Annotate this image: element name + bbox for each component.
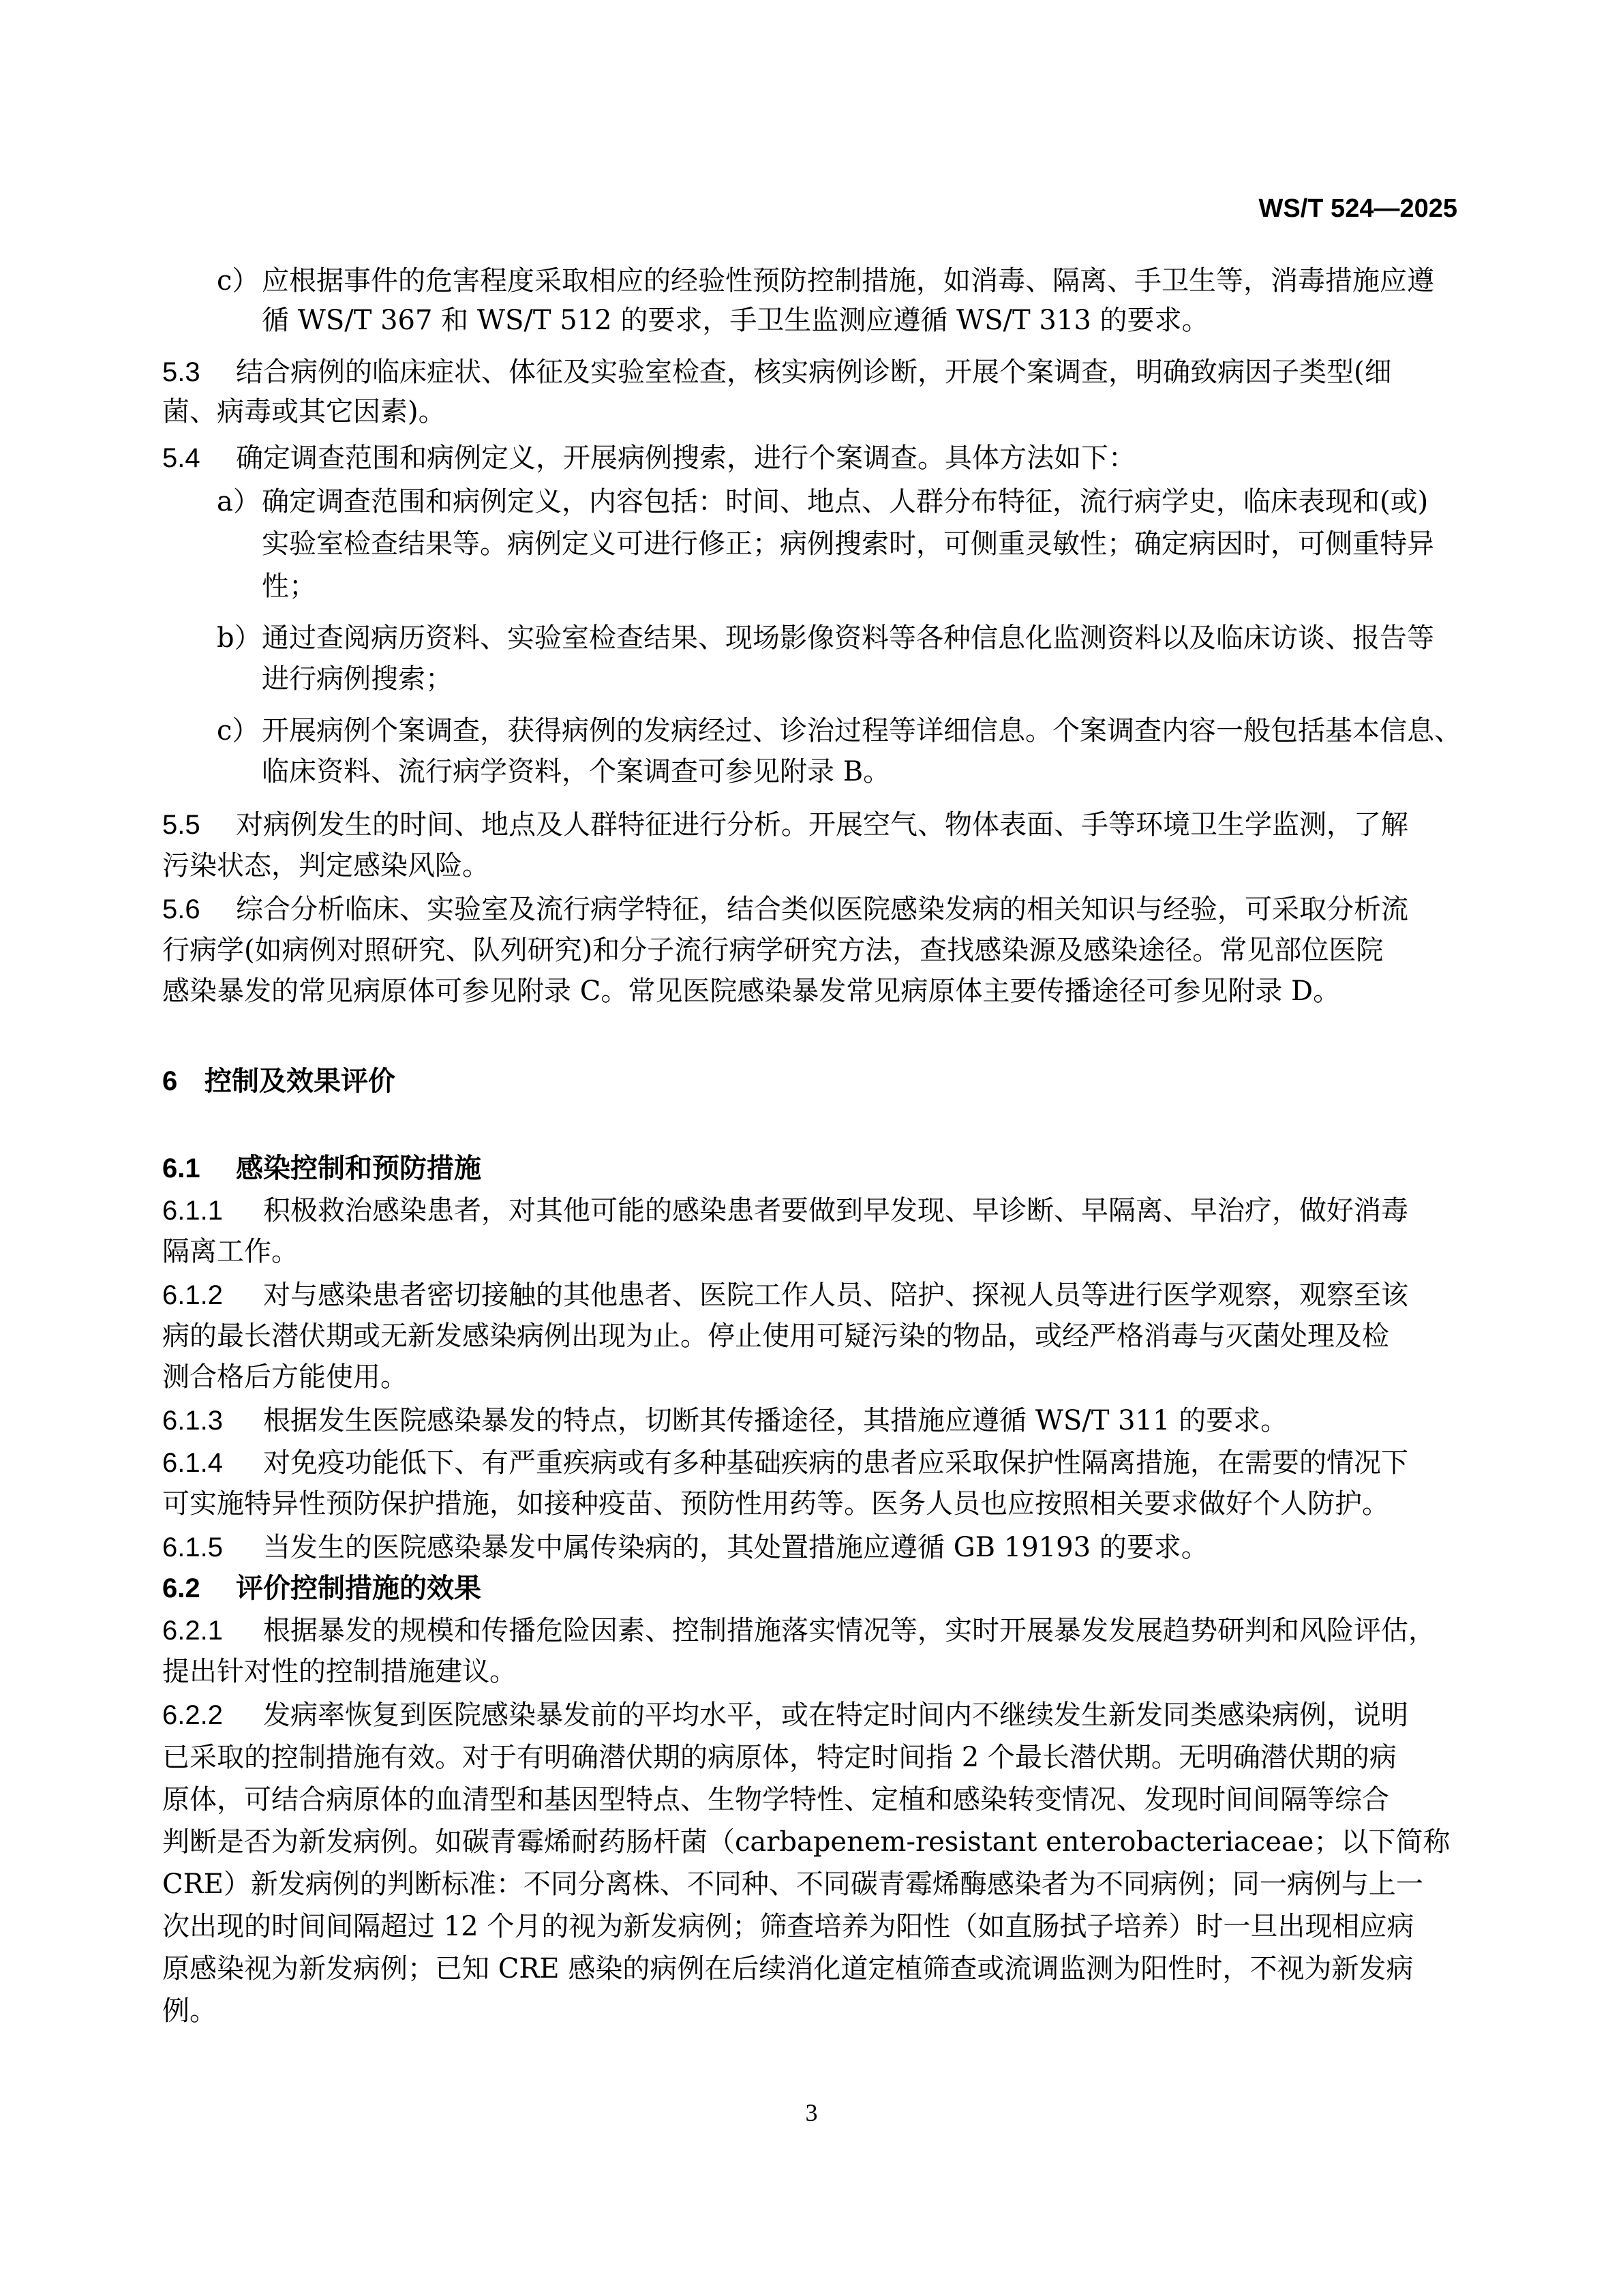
paragraph-line: 行病学(如病例对照研究、队列研究)和分子流行病学研究方法，查找感染源及感染途径。… [162, 934, 1383, 967]
clause-number: 5.5 [162, 809, 236, 841]
paragraph-line: 开展病例个案调查，获得病例的发病经过、诊治过程等详细信息。个案调查内容一般包括基… [262, 715, 1461, 746]
list-item-c: c）开展病例个案调查，获得病例的发病经过、诊治过程等详细信息。个案调查内容一般包… [217, 714, 1461, 747]
clause-6-1-3: 6.1.3根据发生医院感染暴发的特点，切断其传播途径，其措施应遵循 WS/T 3… [162, 1404, 1288, 1437]
paragraph-line: 通过查阅病历资料、实验室检查结果、现场影像资料等各种信息化监测资料以及临床访谈、… [262, 622, 1434, 654]
document-page: WS/T 524—2025 c）应根据事件的危害程度采取相应的经验性预防控制措施… [0, 0, 1623, 2296]
clause-6-1-4: 6.1.4对免疫功能低下、有严重疾病或有多种基础疾病的患者应采取保护性隔离措施，… [162, 1447, 1408, 1479]
list-marker: b） [217, 622, 262, 654]
paragraph-line: 菌、病毒或其它因素)。 [162, 395, 446, 428]
list-item-a: a）确定调查范围和病例定义，内容包括：时间、地点、人群分布特征，流行病学史，临床… [217, 485, 1428, 518]
clause-number: 5.6 [162, 893, 236, 926]
paragraph-line: 对免疫功能低下、有严重疾病或有多种基础疾病的患者应采取保护性隔离措施，在需要的情… [263, 1447, 1408, 1479]
paragraph-line: 综合分析临床、实验室及流行病学特征，结合类似医院感染发病的相关知识与经验，可采取… [236, 894, 1408, 925]
section-number: 6 [162, 1065, 204, 1098]
paragraph-line: 可实施特异性预防保护措施，如接种疫苗、预防性用药等。医务人员也应按照相关要求做好… [162, 1487, 1389, 1520]
paragraph-line: 测合格后方能使用。 [162, 1361, 408, 1393]
paragraph-line: 隔离工作。 [162, 1235, 299, 1268]
clause-number: 6.1.1 [162, 1194, 263, 1227]
clause-5-6: 5.6综合分析临床、实验室及流行病学特征，结合类似医院感染发病的相关知识与经验，… [162, 893, 1408, 926]
paragraph-line: 判断是否为新发病例。如碳青霉烯耐药肠杆菌（carbapenem-resistan… [162, 1826, 1450, 1858]
standard-code: WS/T 524—2025 [1259, 194, 1457, 224]
paragraph-line: CRE）新发病例的判断标准：不同分离株、不同种、不同碳青霉烯酶感染者为不同病例；… [162, 1868, 1423, 1901]
clause-number: 6.1.3 [162, 1404, 263, 1437]
paragraph-line: 对病例发生的时间、地点及人群特征进行分析。开展空气、物体表面、手等环境卫生学监测… [236, 809, 1408, 841]
paragraph-line: 应根据事件的危害程度采取相应的经验性预防控制措施，如消毒、隔离、手卫生等，消毒措… [262, 265, 1434, 297]
section-title: 感染控制和预防措施 [236, 1153, 481, 1184]
clause-number: 5.4 [162, 442, 236, 474]
list-marker: c） [217, 265, 262, 297]
paragraph-line: 实验室检查结果等。病例定义可进行修正；病例搜索时，可侧重灵敏性；确定病因时，可侧… [262, 528, 1434, 560]
paragraph-line: 原感染视为新发病例；已知 CRE 感染的病例在后续消化道定植筛查或流调监测为阳性… [162, 1952, 1413, 1985]
section-heading-6: 6控制及效果评价 [162, 1065, 395, 1098]
section-title: 控制及效果评价 [204, 1066, 395, 1097]
paragraph-line: 例。 [162, 1995, 217, 2027]
section-number: 6.2 [162, 1572, 236, 1605]
paragraph-line: 性； [262, 570, 316, 603]
paragraph-line: 已采取的控制措施有效。对于有明确潜伏期的病原体，特定时间指 2 个最长潜伏期。无… [162, 1741, 1397, 1774]
clause-6-1-2: 6.1.2对与感染患者密切接触的其他患者、医院工作人员、陪护、探视人员等进行医学… [162, 1279, 1408, 1312]
paragraph-line: 原体，可结合病原体的血清型和基因型特点、生物学特性、定植和感染转变情况、发现时间… [162, 1783, 1389, 1816]
paragraph-line: 提出针对性的控制措施建议。 [162, 1655, 517, 1688]
paragraph-line: 根据发生医院感染暴发的特点，切断其传播途径，其措施应遵循 WS/T 311 的要… [263, 1405, 1288, 1436]
list-marker: c） [217, 714, 262, 747]
list-item-b: b）通过查阅病历资料、实验室检查结果、现场影像资料等各种信息化监测资料以及临床访… [217, 622, 1434, 654]
page-number: 3 [0, 2098, 1623, 2127]
clause-5-4: 5.4确定调查范围和病例定义，开展病例搜索，进行个案调查。具体方法如下： [162, 442, 1136, 474]
clause-number: 5.3 [162, 356, 236, 389]
clause-number: 6.1.4 [162, 1447, 263, 1479]
paragraph-line: 结合病例的临床症状、体征及实验室检查，核实病例诊断，开展个案调查，明确致病因子类… [236, 357, 1392, 388]
paragraph-line: 当发生的医院感染暴发中属传染病的，其处置措施应遵循 GB 19193 的要求。 [263, 1532, 1209, 1563]
clause-6-1-5: 6.1.5当发生的医院感染暴发中属传染病的，其处置措施应遵循 GB 19193 … [162, 1531, 1209, 1564]
clause-number: 6.2.2 [162, 1699, 263, 1732]
clause-number: 6.2.1 [162, 1614, 263, 1647]
clause-6-1-1: 6.1.1积极救治感染患者，对其他可能的感染患者要做到早发现、早诊断、早隔离、早… [162, 1194, 1408, 1227]
paragraph-line: 确定调查范围和病例定义，内容包括：时间、地点、人群分布特征，流行病学史，临床表现… [262, 486, 1428, 517]
paragraph-line: 对与感染患者密切接触的其他患者、医院工作人员、陪护、探视人员等进行医学观察，观察… [263, 1280, 1408, 1311]
paragraph-line: 进行病例搜索； [262, 663, 453, 695]
clause-6-2-1: 6.2.1根据暴发的规模和传播危险因素、控制措施落实情况等，实时开展暴发发展趋势… [162, 1614, 1436, 1647]
paragraph-line: 临床资料、流行病学资料，个案调查可参见附录 B。 [262, 755, 890, 788]
paragraph-line: 发病率恢复到医院感染暴发前的平均水平，或在特定时间内不继续发生新发同类感染病例，… [263, 1700, 1408, 1731]
paragraph-line: 循 WS/T 367 和 WS/T 512 的要求，手卫生监测应遵循 WS/T … [262, 304, 1209, 337]
paragraph-line: 根据暴发的规模和传播危险因素、控制措施落实情况等，实时开展暴发发展趋势研判和风险… [263, 1615, 1436, 1646]
clause-5-5: 5.5对病例发生的时间、地点及人群特征进行分析。开展空气、物体表面、手等环境卫生… [162, 809, 1408, 841]
list-item-c: c）应根据事件的危害程度采取相应的经验性预防控制措施，如消毒、隔离、手卫生等，消… [217, 265, 1434, 297]
paragraph-line: 次出现的时间间隔超过 12 个月的视为新发病例；筛查培养为阳性（如直肠拭子培养）… [162, 1910, 1414, 1943]
paragraph-line: 确定调查范围和病例定义，开展病例搜索，进行个案调查。具体方法如下： [236, 442, 1136, 474]
clause-5-3: 5.3结合病例的临床症状、体征及实验室检查，核实病例诊断，开展个案调查，明确致病… [162, 356, 1392, 389]
clause-number: 6.1.2 [162, 1279, 263, 1312]
clause-6-2-2: 6.2.2发病率恢复到医院感染暴发前的平均水平，或在特定时间内不继续发生新发同类… [162, 1699, 1408, 1732]
section-heading-6-1: 6.1感染控制和预防措施 [162, 1152, 481, 1185]
clause-number: 6.1.5 [162, 1531, 263, 1564]
section-title: 评价控制措施的效果 [236, 1573, 481, 1604]
paragraph-line: 病的最长潜伏期或无新发感染病例出现为止。停止使用可疑污染的物品，或经严格消毒与灭… [162, 1320, 1389, 1353]
section-number: 6.1 [162, 1152, 236, 1185]
list-marker: a） [217, 485, 262, 518]
paragraph-line: 积极救治感染患者，对其他可能的感染患者要做到早发现、早诊断、早隔离、早治疗，做好… [263, 1195, 1408, 1226]
paragraph-line: 污染状态，判定感染风险。 [162, 849, 489, 882]
paragraph-line: 感染暴发的常见病原体可参见附录 C。常见医院感染暴发常见病原体主要传播途径可参见… [162, 975, 1340, 1008]
section-heading-6-2: 6.2评价控制措施的效果 [162, 1572, 481, 1605]
